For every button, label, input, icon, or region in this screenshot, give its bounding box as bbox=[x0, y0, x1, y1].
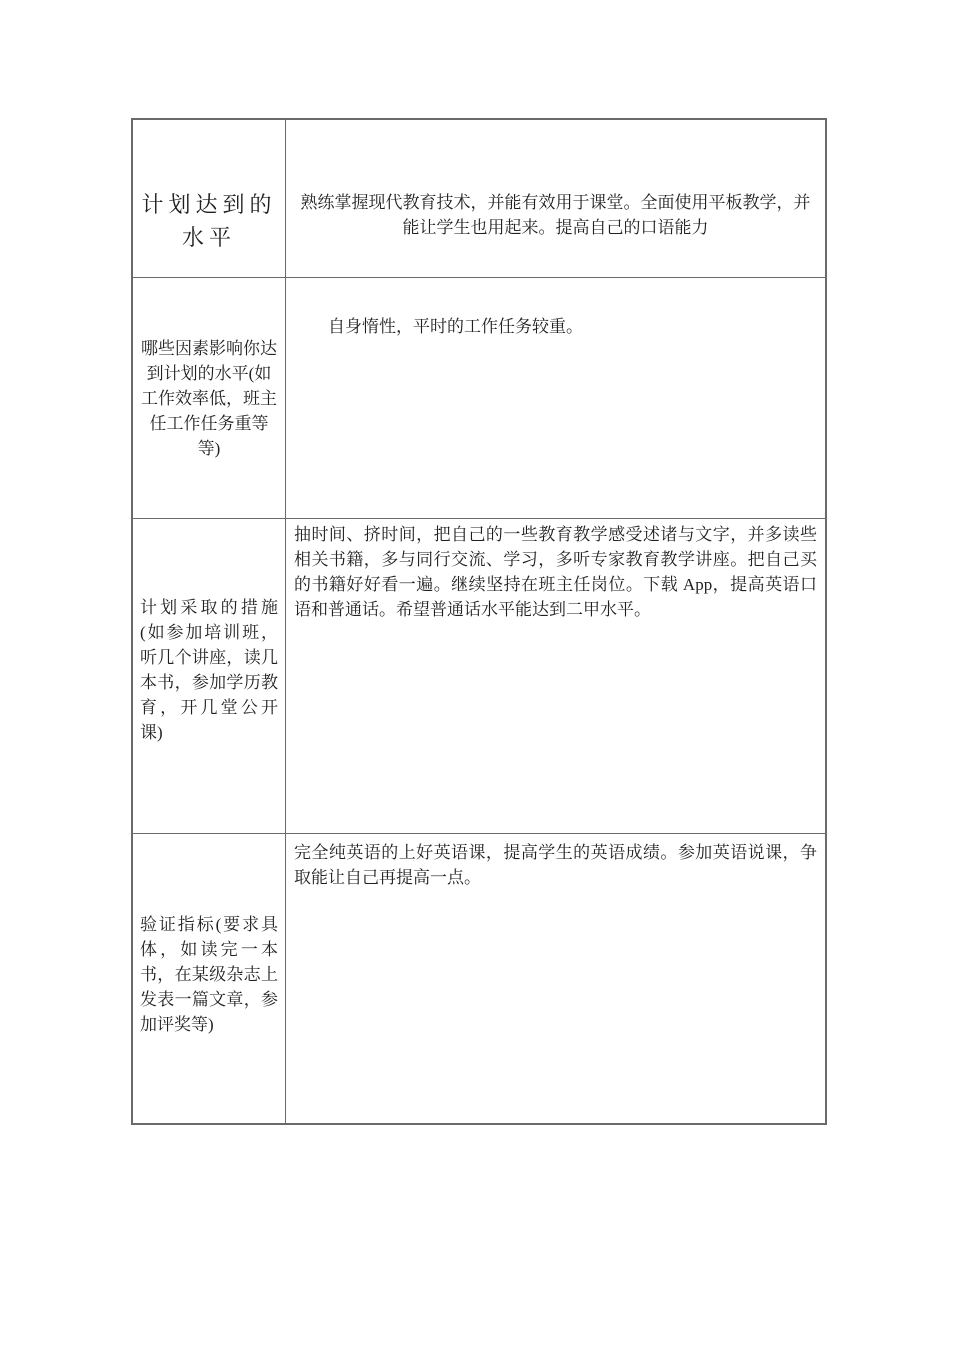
row-content-text: 熟练掌握现代教育技术，并能有效用于课堂。全面使用平板教学，并能让学生也用起来。提… bbox=[301, 193, 811, 237]
row-content-text: 抽时间、挤时间，把自己的一些教育教学感受述诸与文字，并多读些相关书籍，多与同行交… bbox=[294, 525, 817, 619]
row-label-planned-measures: 计划采取的措施(如参加培训班，听几个讲座，读几本书，参加学历教育，开几堂公开课) bbox=[133, 518, 285, 833]
row-content-planned-level: 熟练掌握现代教育技术，并能有效用于课堂。全面使用平板教学，并能让学生也用起来。提… bbox=[285, 120, 825, 277]
row-label-influencing-factors: 哪些因素影响你达到计划的水平(如工作效率低，班主任工作任务重等等) bbox=[133, 277, 285, 518]
row-content-text: 完全纯英语的上好英语课，提高学生的英语成绩。参加英语说课，争取能让自己再提高一点… bbox=[294, 843, 817, 887]
row-label-text: 哪些因素影响你达到计划的水平(如工作效率低，班主任工作任务重等等) bbox=[141, 339, 277, 458]
row-label-text: 计划达到的水平 bbox=[141, 192, 276, 250]
row-label-text: 验证指标(要求具体，如读完一本书，在某级杂志上发表一篇文章，参加评奖等) bbox=[140, 915, 278, 1034]
row-content-verification-indicators: 完全纯英语的上好英语课，提高学生的英语成绩。参加英语说课，争取能让自己再提高一点… bbox=[285, 833, 825, 1123]
plan-table: 计划达到的水平 熟练掌握现代教育技术，并能有效用于课堂。全面使用平板教学，并能让… bbox=[131, 118, 827, 1125]
row-content-planned-measures: 抽时间、挤时间，把自己的一些教育教学感受述诸与文字，并多读些相关书籍，多与同行交… bbox=[285, 518, 825, 833]
row-label-planned-level: 计划达到的水平 bbox=[133, 120, 285, 277]
row-label-text: 计划采取的措施(如参加培训班，听几个讲座，读几本书，参加学历教育，开几堂公开课) bbox=[140, 598, 278, 742]
row-content-text: 自身惰性，平时的工作任务较重。 bbox=[328, 317, 583, 336]
row-label-verification-indicators: 验证指标(要求具体，如读完一本书，在某级杂志上发表一篇文章，参加评奖等) bbox=[133, 833, 285, 1123]
row-content-influencing-factors: 自身惰性，平时的工作任务较重。 bbox=[285, 277, 825, 518]
